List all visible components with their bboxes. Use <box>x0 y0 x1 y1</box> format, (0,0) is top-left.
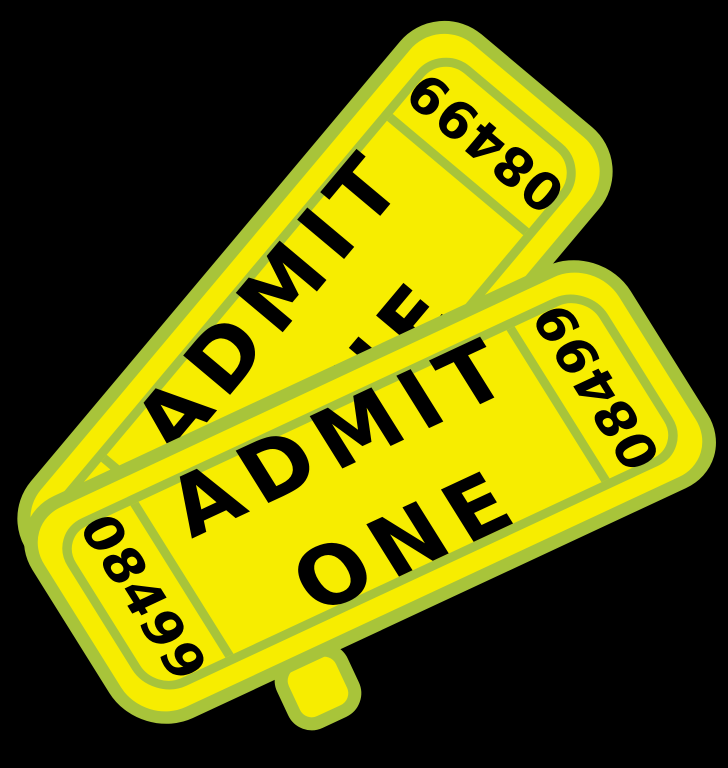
movie-tickets-illustration: 08499 08499 ADMIT ONE 08499 08499 ADMIT … <box>0 0 728 768</box>
